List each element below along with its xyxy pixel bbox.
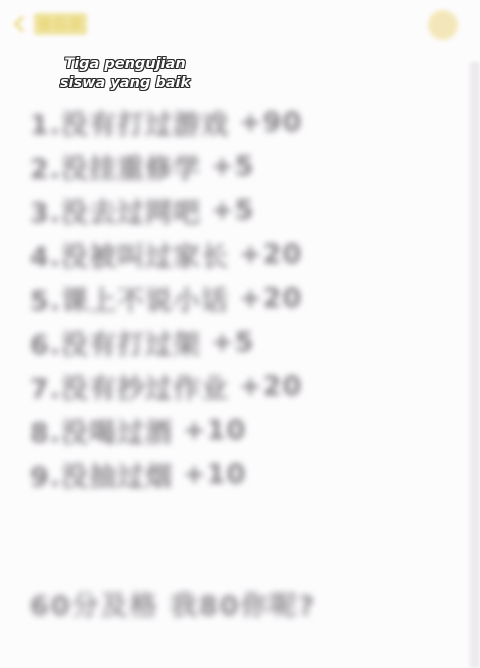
notes-screen: 备忘录 Tiga pengujian siswa yang baik 1.没有打… [0, 0, 480, 668]
item-text: 3.没去过网吧 [30, 191, 201, 230]
item-text: 9.没抽过烟 [30, 455, 173, 494]
list-item: 1.没有打过游戏+90 [30, 100, 302, 144]
item-score: +20 [239, 283, 302, 314]
list-item: 9.没抽过烟+10 [30, 452, 302, 496]
item-text: 6.没有打过架 [30, 323, 201, 362]
list-item: 2.没挂重修学+5 [30, 144, 302, 188]
caption-line-1: Tiga pengujian [0, 55, 250, 74]
list-item: 4.没被叫过家长+20 [30, 232, 302, 276]
item-score: +20 [239, 239, 302, 270]
list-item: 7.没有抄过作业+20 [30, 364, 302, 408]
list-item: 6.没有打过架+5 [30, 320, 302, 364]
item-text: 4.没被叫过家长 [30, 235, 229, 274]
more-circle-icon[interactable] [428, 10, 458, 40]
item-score: +90 [239, 107, 302, 138]
item-score: +10 [183, 415, 246, 446]
list-item: 3.没去过网吧+5 [30, 188, 302, 232]
item-score: +10 [183, 459, 246, 490]
back-button[interactable]: 备忘录 [12, 12, 87, 36]
scrollbar[interactable] [468, 62, 480, 668]
item-text: 1.没有打过游戏 [30, 103, 229, 142]
item-score: +5 [211, 151, 254, 182]
caption-line-2: siswa yang baik [0, 74, 250, 93]
note-footer-text: 60分及格 我80你呢? [30, 584, 316, 623]
top-navigation-bar: 备忘录 [0, 0, 480, 50]
item-text: 7.没有抄过作业 [30, 367, 229, 406]
list-item: 8.没喝过酒+10 [30, 408, 302, 452]
video-caption-overlay: Tiga pengujian siswa yang baik [0, 55, 250, 93]
chevron-left-icon [14, 16, 31, 33]
item-text: 2.没挂重修学 [30, 147, 201, 186]
list-item: 5.课上不说小话+20 [30, 276, 302, 320]
note-item-list: 1.没有打过游戏+90 2.没挂重修学+5 3.没去过网吧+5 4.没被叫过家长… [30, 100, 302, 496]
back-label: 备忘录 [34, 13, 87, 35]
item-text: 8.没喝过酒 [30, 411, 173, 450]
item-score: +5 [211, 195, 254, 226]
item-score: +20 [239, 371, 302, 402]
item-text: 5.课上不说小话 [30, 279, 229, 318]
item-score: +5 [211, 327, 254, 358]
